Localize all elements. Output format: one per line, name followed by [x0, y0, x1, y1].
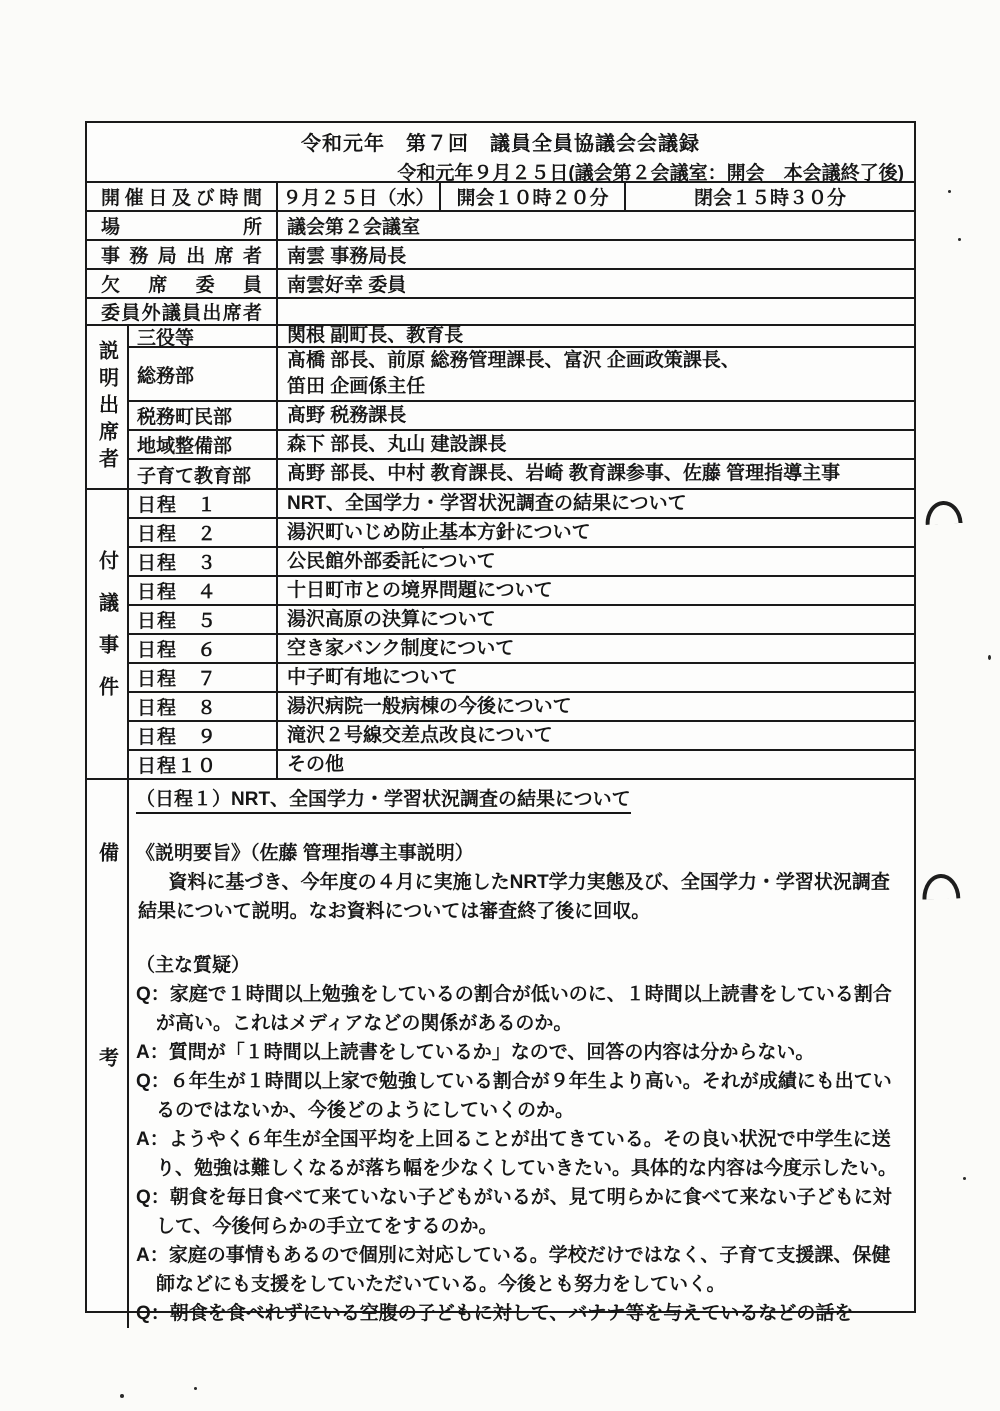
- remarks-paragraph: （主な質疑）: [136, 951, 906, 980]
- agenda-row: 日程 ２ 湯沢町いじめ防止基本方針について: [129, 519, 914, 548]
- remarks-question: Q：朝食を食べれずにいる空腹の子どもに対して、バナナ等を与えているなどの話を: [136, 1299, 906, 1328]
- remarks-heading: （日程１）NRT、全国学力・学習状況調査の結果について: [136, 785, 906, 814]
- nonmember-value: [278, 299, 914, 324]
- agenda-row: 日程１０ その他: [129, 751, 914, 778]
- datetime-label: 開催日及び時間: [87, 183, 278, 210]
- scan-speck: [194, 1387, 197, 1390]
- datetime-date: ９月２５日（水）: [278, 183, 441, 210]
- title-block: 令和元年 第７回 議員全員協議会会議録 令和元年９月２５日(議会第２会議室：開会…: [87, 123, 914, 183]
- explainer-names: 関根 副町長、教育長: [278, 326, 914, 346]
- explainer-row: 総務部 髙橋 部長、前原 総務管理課長、富沢 企画政策課長、 笛田 企画係主任: [129, 348, 914, 402]
- remarks-answer: A：質問が「１時間以上読書をしているか」なので、回答の内容は分からない。: [136, 1038, 906, 1067]
- explainer-names: 森下 部長、丸山 建設課長: [278, 431, 914, 458]
- agenda-title: 湯沢高原の決算について: [278, 606, 914, 633]
- agenda-title: その他: [278, 751, 914, 778]
- remarks-question: Q：家庭で１時間以上勉強をしているの割合が低いのに、１時間以上読書をしている割合…: [136, 980, 906, 1038]
- agenda-no: 日程 ８: [129, 693, 278, 720]
- agenda-title: 湯沢病院一般病棟の今後について: [278, 693, 914, 720]
- agenda-row: 日程 ５ 湯沢高原の決算について: [129, 606, 914, 635]
- scan-speck: [120, 1394, 124, 1398]
- remarks-answer: A：家庭の事情もあるので個別に対応している。学校だけではなく、子育て支援課、保健…: [136, 1241, 906, 1299]
- document-subtitle: 令和元年９月２５日(議会第２会議室：開会 本会議終了後): [95, 158, 906, 185]
- absent-value: 南雲好幸 委員: [278, 270, 914, 297]
- place-label: 場所: [87, 212, 278, 239]
- agenda-no: 日程１０: [129, 751, 278, 778]
- agenda-row: 日程 ６ 空き家バンク制度について: [129, 635, 914, 664]
- section-explainer-attendees: 説明出席者 三役等 関根 副町長、教育長 総務部 髙橋 部長、前原 総務管理課長…: [87, 326, 914, 490]
- explainer-dept: 三役等: [129, 326, 278, 346]
- secretariat-label: 事務局出席者: [87, 241, 278, 268]
- scan-speck: [422, 547, 424, 549]
- explainer-names: 髙橋 部長、前原 総務管理課長、富沢 企画政策課長、 笛田 企画係主任: [278, 348, 914, 400]
- agenda-title: 空き家バンク制度について: [278, 635, 914, 662]
- agenda-row: 日程 ７ 中子町有地について: [129, 664, 914, 693]
- remarks-paragraph: 《説明要旨》（佐藤 管理指導主事説明）: [136, 839, 906, 868]
- explainer-row: 地域整備部 森下 部長、丸山 建設課長: [129, 431, 914, 460]
- remarks-vertical-label: 備考: [87, 780, 129, 1328]
- section-remarks: 備考 （日程１）NRT、全国学力・学習状況調査の結果について 《説明要旨》（佐藤…: [87, 780, 914, 1328]
- row-absent-members: 欠席委員 南雲好幸 委員: [87, 270, 914, 299]
- agenda-no: 日程 ５: [129, 606, 278, 633]
- explainer-row: 三役等 関根 副町長、教育長: [129, 326, 914, 348]
- minutes-table: 令和元年 第７回 議員全員協議会会議録 令和元年９月２５日(議会第２会議室：開会…: [85, 121, 916, 1313]
- row-datetime: 開催日及び時間 ９月２５日（水） 開会１０時２０分 閉会１５時３０分: [87, 183, 914, 212]
- explainer-dept: 子育て教育部: [129, 460, 278, 488]
- datetime-open: 開会１０時２０分: [441, 183, 626, 210]
- agenda-no: 日程 １: [129, 490, 278, 517]
- agenda-row: 日程 ９ 滝沢２号線交差点改良について: [129, 722, 914, 751]
- agenda-title: 十日町市との境界問題について: [278, 577, 914, 604]
- scan-speck: [948, 190, 951, 193]
- row-nonmember-attendees: 委員外議員出席者: [87, 299, 914, 326]
- document-title: 令和元年 第７回 議員全員協議会会議録: [95, 127, 906, 156]
- remarks-question: Q：６年生が１時間以上家で勉強している割合が９年生より高い。それが成績にも出てい…: [136, 1067, 906, 1125]
- agenda-row: 日程 １ NRT、全国学力・学習状況調査の結果について: [129, 490, 914, 519]
- secretariat-value: 南雲 事務局長: [278, 241, 914, 268]
- agenda-no: 日程 ６: [129, 635, 278, 662]
- remarks-question: Q：朝食を毎日食べて来ていない子どもがいるが、見て明らかに食べて来ない子どもに対…: [136, 1183, 906, 1241]
- agenda-title: 公民館外部委託について: [278, 548, 914, 575]
- page-curl-artifact: [924, 500, 962, 525]
- place-value: 議会第２会議室: [278, 212, 914, 239]
- agenda-no: 日程 ４: [129, 577, 278, 604]
- agenda-title: 中子町有地について: [278, 664, 914, 691]
- agenda-row: 日程 ８ 湯沢病院一般病棟の今後について: [129, 693, 914, 722]
- explainer-names: 髙野 税務課長: [278, 402, 914, 429]
- nonmember-label: 委員外議員出席者: [87, 299, 278, 324]
- datetime-close: 閉会１５時３０分: [626, 183, 914, 210]
- remarks-paragraph: 資料に基づき、今年度の４月に実施したNRT学力実態及び、全国学力・学習状況調査結…: [136, 868, 906, 926]
- agenda-title: 滝沢２号線交差点改良について: [278, 722, 914, 749]
- absent-label: 欠席委員: [87, 270, 278, 297]
- remarks-content: （日程１）NRT、全国学力・学習状況調査の結果について 《説明要旨》（佐藤 管理…: [129, 780, 914, 1328]
- agenda-title: NRT、全国学力・学習状況調査の結果について: [278, 490, 914, 517]
- scanned-document-page: 令和元年 第７回 議員全員協議会会議録 令和元年９月２５日(議会第２会議室：開会…: [0, 0, 1000, 1411]
- agenda-no: 日程 ７: [129, 664, 278, 691]
- explainer-row: 子育て教育部 髙野 部長、中村 教育課長、岩崎 教育課参事、佐藤 管理指導主事: [129, 460, 914, 488]
- explainers-vertical-label: 説明出席者: [87, 326, 129, 488]
- agenda-no: 日程 ９: [129, 722, 278, 749]
- agenda-row: 日程 ４ 十日町市との境界問題について: [129, 577, 914, 606]
- row-place: 場所 議会第２会議室: [87, 212, 914, 241]
- agenda-title: 湯沢町いじめ防止基本方針について: [278, 519, 914, 546]
- section-agenda: 付議事件 日程 １ NRT、全国学力・学習状況調査の結果について 日程 ２ 湯沢…: [87, 490, 914, 780]
- scan-speck: [963, 1177, 966, 1180]
- agenda-row: 日程 ３ 公民館外部委託について: [129, 548, 914, 577]
- row-secretariat: 事務局出席者 南雲 事務局長: [87, 241, 914, 270]
- agenda-vertical-label: 付議事件: [87, 490, 129, 778]
- agenda-no: 日程 ２: [129, 519, 278, 546]
- agenda-no: 日程 ３: [129, 548, 278, 575]
- explainer-dept: 税務町民部: [129, 402, 278, 429]
- explainer-dept: 地域整備部: [129, 431, 278, 458]
- explainer-names: 髙野 部長、中村 教育課長、岩崎 教育課参事、佐藤 管理指導主事: [278, 460, 914, 488]
- page-curl-artifact: [922, 873, 961, 899]
- scan-speck: [988, 655, 991, 660]
- remarks-answer: A：ようやく６年生が全国平均を上回ることが出てきている。その良い状況で中学生に送…: [136, 1125, 906, 1183]
- scan-speck: [958, 238, 961, 241]
- explainer-dept: 総務部: [129, 348, 278, 400]
- explainer-row: 税務町民部 髙野 税務課長: [129, 402, 914, 431]
